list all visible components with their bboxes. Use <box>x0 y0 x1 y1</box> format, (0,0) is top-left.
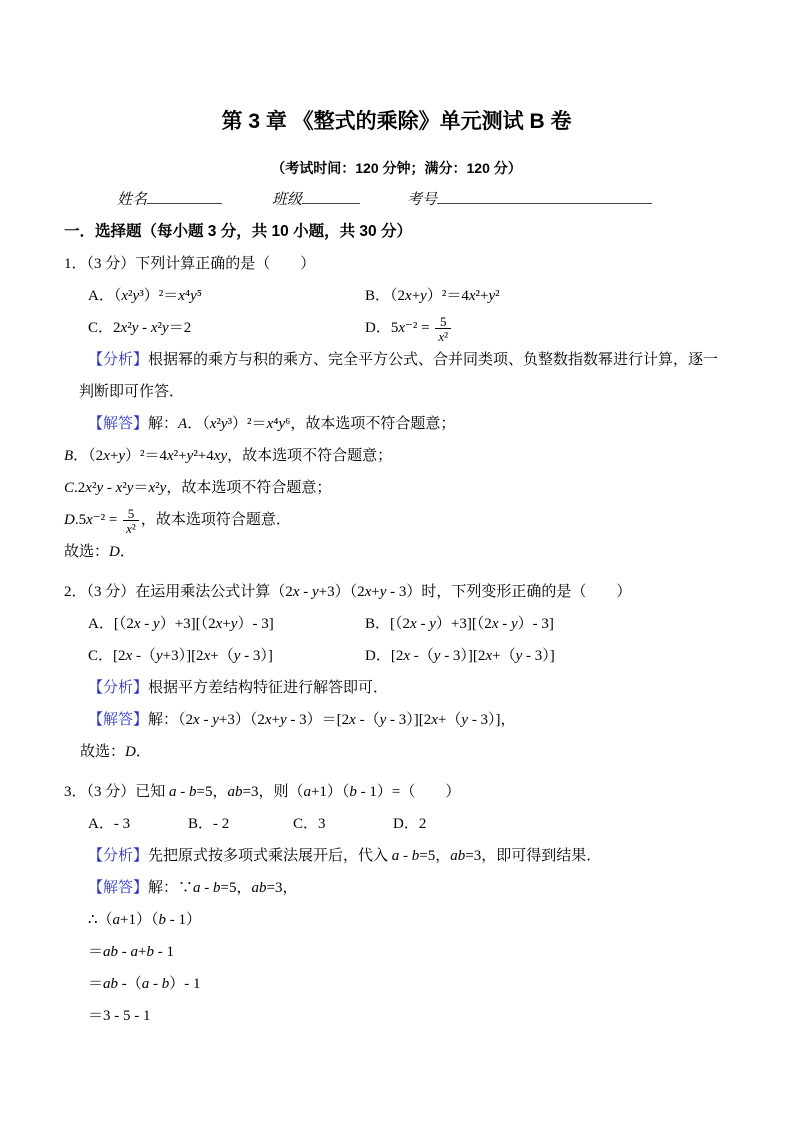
q1-answer-d-fraction: 5x² <box>123 507 139 536</box>
class-blank-line <box>302 187 360 204</box>
answer-label: 【解答】 <box>88 712 148 728</box>
q3-option-d-value: 2 <box>419 816 427 832</box>
class-field: 班级 <box>272 187 360 211</box>
question-1-conclusion: 故选：D． <box>64 536 729 568</box>
q1-option-b-label: B． <box>365 288 390 304</box>
q1-analysis-text: 根据幂的乘方与积的乘方、完全平方公式、合并同类项、负整数指数幂进行计算，逐一判断… <box>79 352 718 400</box>
q3-option-a-value: - 3 <box>114 816 130 832</box>
fraction-denominator: x² <box>435 328 451 344</box>
q1-answer-d-post: ，故本选项符合题意． <box>141 512 291 528</box>
question-1-analysis: 【分析】根据幂的乘方与积的乘方、完全平方公式、合并同类项、负整数指数幂进行计算，… <box>64 344 729 408</box>
analysis-label: 【分析】 <box>88 680 148 696</box>
q1-option-a-formula: （x²y³）²＝x⁴y⁵ <box>114 288 202 304</box>
question-2-answer-line-1: 【解答】解：（2x - y+3）（2x+y - 3）＝[2x -（y - 3）]… <box>64 704 729 736</box>
q2-option-b-formula: [（2x - y）+3][（2x - y）- 3] <box>390 616 554 632</box>
question-1-answer-line-2: B．（2x+y）²＝4x²+y²+4xy，故本选项不符合题意； <box>64 440 729 472</box>
exam-no-label: 考号 <box>407 192 437 208</box>
q2-option-c-formula: [2x -（y+3）][2x+（y - 3）] <box>113 648 273 664</box>
question-1-stem: 1．（3 分）下列计算正确的是（ ） <box>64 248 729 280</box>
question-2-options-row-1: A．[（2x - y）+3][（2x+y）- 3] B．[（2x - y）+3]… <box>64 608 729 640</box>
question-3-analysis: 【分析】先把原式按多项式乘法展开后，代入 a - b=5，ab=3，即可得到结果… <box>64 840 729 872</box>
question-3-work-line-4: ＝3 - 5 - 1 <box>64 1000 729 1032</box>
q3-option-d-label: D． <box>393 816 419 832</box>
q1-answer-d-pre: D.5x⁻² = <box>64 512 121 528</box>
class-label: 班级 <box>272 192 302 208</box>
q3-option-b: B．- 2 <box>188 808 293 840</box>
q2-option-b-label: B． <box>365 616 390 632</box>
q2-option-d: D．[2x -（y - 3）][2x+（y - 3）] <box>365 640 729 672</box>
q2-option-a-label: A． <box>88 616 114 632</box>
question-1-answer-line-4: D.5x⁻² = 5x²，故本选项符合题意． <box>64 504 729 536</box>
q1-option-c: C．2x²y - x²y＝2 <box>88 312 365 344</box>
fraction-denominator: x² <box>123 520 139 536</box>
answer-label: 【解答】 <box>88 416 148 432</box>
q3-answer-text-1: 解：∵a - b=5，ab=3， <box>148 880 297 896</box>
exam-info: （考试时间：120 分钟；满分：120 分） <box>64 158 729 178</box>
exam-no-blank-line <box>437 187 652 204</box>
analysis-label: 【分析】 <box>88 352 148 368</box>
question-3-work-line-2: ＝ab - a+b - 1 <box>64 936 729 968</box>
q2-option-c: C．[2x -（y+3）][2x+（y - 3）] <box>88 640 365 672</box>
q3-option-d: D．2 <box>393 808 426 840</box>
q1-option-b-formula: （2x+y）²＝4x²+y² <box>390 288 500 304</box>
q1-option-d-fraction: 5x² <box>435 315 451 344</box>
q2-option-d-label: D． <box>365 648 391 664</box>
q3-option-a: A．- 3 <box>88 808 188 840</box>
question-1-answer-line-3: C.2x²y - x²y＝x²y，故本选项不符合题意； <box>64 472 729 504</box>
q3-option-b-value: - 2 <box>213 816 229 832</box>
q3-option-c-value: 3 <box>318 816 326 832</box>
document-page: 第 3 章 《整式的乘除》单元测试 B 卷 （考试时间：120 分钟；满分：12… <box>0 0 793 1122</box>
question-3-stem: 3．（3 分）已知 a - b=5，ab=3，则（a+1）（b - 1）=（ ） <box>64 776 729 808</box>
analysis-label: 【分析】 <box>88 848 148 864</box>
question-3-work-line-3: ＝ab -（a - b）- 1 <box>64 968 729 1000</box>
question-3-work-line-1: ∴（a+1）（b - 1） <box>64 904 729 936</box>
answer-label: 【解答】 <box>88 880 148 896</box>
q3-option-c-label: C． <box>293 816 318 832</box>
exam-no-field: 考号 <box>407 187 652 211</box>
q2-option-c-label: C． <box>88 648 113 664</box>
student-fields: 姓名 班级 考号 <box>64 187 729 211</box>
question-3-options-row: A．- 3 B．- 2 C．3 D．2 <box>64 808 729 840</box>
q1-option-d-label: D． <box>365 320 391 336</box>
name-field: 姓名 <box>117 187 222 211</box>
q2-option-b: B．[（2x - y）+3][（2x - y）- 3] <box>365 608 729 640</box>
q3-analysis-text: 先把原式按多项式乘法展开后，代入 a - b=5，ab=3，即可得到结果． <box>148 848 601 864</box>
q1-option-b: B．（2x+y）²＝4x²+y² <box>365 280 729 312</box>
question-2-options-row-2: C．[2x -（y+3）][2x+（y - 3）] D．[2x -（y - 3）… <box>64 640 729 672</box>
question-2-stem: 2．（3 分）在运用乘法公式计算（2x - y+3）（2x+y - 3）时，下列… <box>64 576 729 608</box>
question-1-answer-line-1: 【解答】解：A．（x²y³）²＝x⁴y⁶，故本选项不符合题意； <box>64 408 729 440</box>
q1-option-a: A．（x²y³）²＝x⁴y⁵ <box>88 280 365 312</box>
question-3-answer-line-1: 【解答】解：∵a - b=5，ab=3， <box>64 872 729 904</box>
q1-option-c-label: C． <box>88 320 113 336</box>
question-1-options-row-1: A．（x²y³）²＝x⁴y⁵ B．（2x+y）²＝4x²+y² <box>64 280 729 312</box>
q1-answer-text-1: 解：A．（x²y³）²＝x⁴y⁶，故本选项不符合题意； <box>148 416 455 432</box>
q2-option-a-formula: [（2x - y）+3][（2x+y）- 3] <box>114 616 274 632</box>
question-2-analysis: 【分析】根据平方差结构特征进行解答即可． <box>64 672 729 704</box>
q2-option-a: A．[（2x - y）+3][（2x+y）- 3] <box>88 608 365 640</box>
page-title: 第 3 章 《整式的乘除》单元测试 B 卷 <box>64 0 729 138</box>
question-1-options-row-2: C．2x²y - x²y＝2 D．5x⁻² = 5x² <box>64 312 729 344</box>
q2-analysis-text: 根据平方差结构特征进行解答即可． <box>148 680 388 696</box>
q1-option-d: D．5x⁻² = 5x² <box>365 312 729 344</box>
q3-option-c: C．3 <box>293 808 393 840</box>
name-label: 姓名 <box>117 192 147 208</box>
fraction-numerator: 5 <box>123 507 139 520</box>
section-heading: 一．选择题（每小题 3 分，共 10 小题，共 30 分） <box>64 216 729 248</box>
name-blank-line <box>147 187 222 204</box>
q3-option-a-label: A． <box>88 816 114 832</box>
q1-option-c-formula: 2x²y - x²y＝2 <box>113 320 191 336</box>
q2-answer-text-1: 解：（2x - y+3）（2x+y - 3）＝[2x -（y - 3）][2x+… <box>148 712 516 728</box>
q1-option-d-formula: 5x⁻² = <box>391 320 434 336</box>
q1-option-a-label: A． <box>88 288 114 304</box>
q2-option-d-formula: [2x -（y - 3）][2x+（y - 3）] <box>391 648 555 664</box>
question-2-conclusion: 故选：D． <box>64 736 729 768</box>
q3-option-b-label: B． <box>188 816 213 832</box>
fraction-numerator: 5 <box>435 315 451 328</box>
